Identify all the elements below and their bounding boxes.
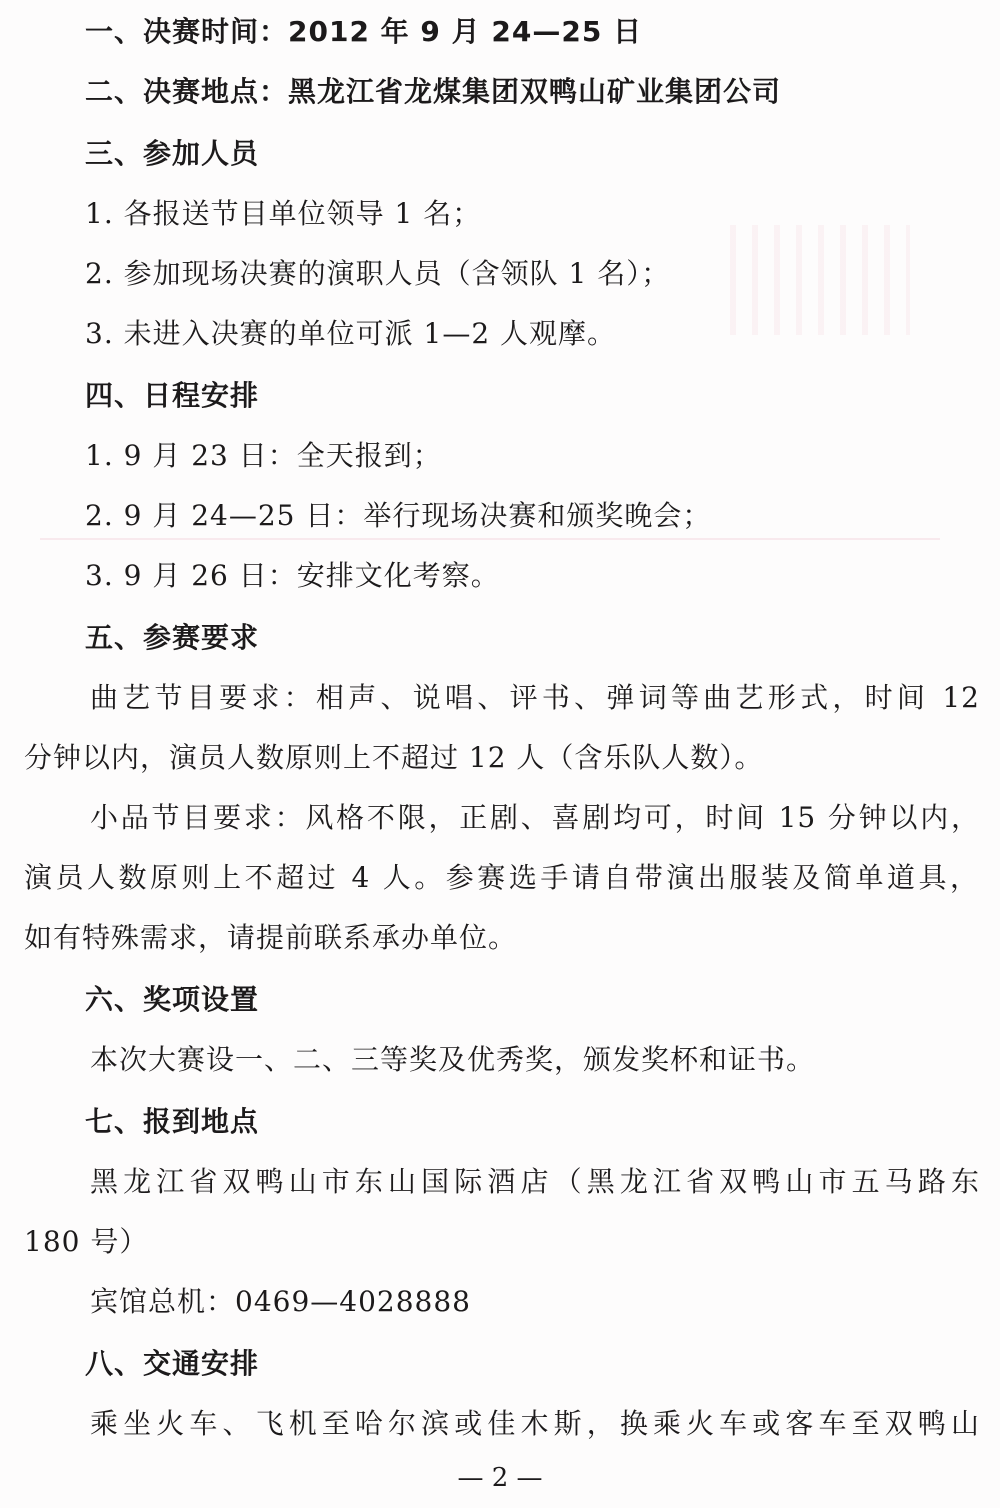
checkin-address-line-2: 180 号） [24, 1224, 148, 1260]
hotel-phone: 宾馆总机：0469—4028888 [90, 1284, 471, 1320]
faded-red-stamp [730, 225, 910, 335]
participants-item-1: 1. 各报送节目单位领导 1 名； [85, 196, 481, 232]
section-participants-title: 三、参加人员 [85, 136, 259, 172]
awards-text: 本次大赛设一、二、三等奖及优秀奖，颁发奖杯和证书。 [90, 1042, 815, 1078]
page-number: — 2 — [0, 1462, 1000, 1494]
section-transport-title: 八、交通安排 [85, 1346, 259, 1382]
participants-item-3: 3. 未进入决赛的单位可派 1—2 人观摩。 [85, 316, 616, 352]
schedule-item-2: 2. 9 月 24—25 日：举行现场决赛和颁奖晚会； [85, 498, 711, 534]
schedule-item-3: 3. 9 月 26 日：安排文化考察。 [85, 558, 500, 594]
section-requirements-title: 五、参赛要求 [85, 620, 259, 656]
requirements-quyi-line-2: 分钟以内，演员人数原则上不超过 12 人（含乐队人数）。 [24, 740, 763, 776]
transport-text: 乘坐火车、飞机至哈尔滨或佳木斯，换乘火车或客车至双鸭山 [90, 1406, 980, 1442]
section-final-time: 一、决赛时间：2012 年 9 月 24—25 日 [85, 14, 642, 50]
requirements-xiaopin-line-2: 演员人数原则上不超过 4 人。参赛选手请自带演出服装及简单道具， [24, 860, 979, 896]
section-schedule-title: 四、日程安排 [85, 378, 259, 414]
participants-item-2: 2. 参加现场决赛的演职人员（含领队 1 名）； [85, 256, 670, 292]
requirements-xiaopin-line-1: 小品节目要求：风格不限，正剧、喜剧均可，时间 15 分钟以内， [90, 800, 980, 836]
schedule-item-1: 1. 9 月 23 日：全天报到； [85, 438, 442, 474]
section-awards-title: 六、奖项设置 [85, 982, 259, 1018]
section-final-venue: 二、决赛地点：黑龙江省龙煤集团双鸭山矿业集团公司 [85, 74, 781, 110]
checkin-address-line-1: 黑龙江省双鸭山市东山国际酒店（黑龙江省双鸭山市五马路东 [90, 1164, 980, 1200]
requirements-quyi-line-1: 曲艺节目要求：相声、说唱、评书、弹词等曲艺形式，时间 12 [90, 680, 980, 716]
faded-red-line [40, 538, 940, 540]
section-checkin-title: 七、报到地点 [85, 1104, 259, 1140]
requirements-xiaopin-line-3: 如有特殊需求，请提前联系承办单位。 [24, 920, 517, 956]
